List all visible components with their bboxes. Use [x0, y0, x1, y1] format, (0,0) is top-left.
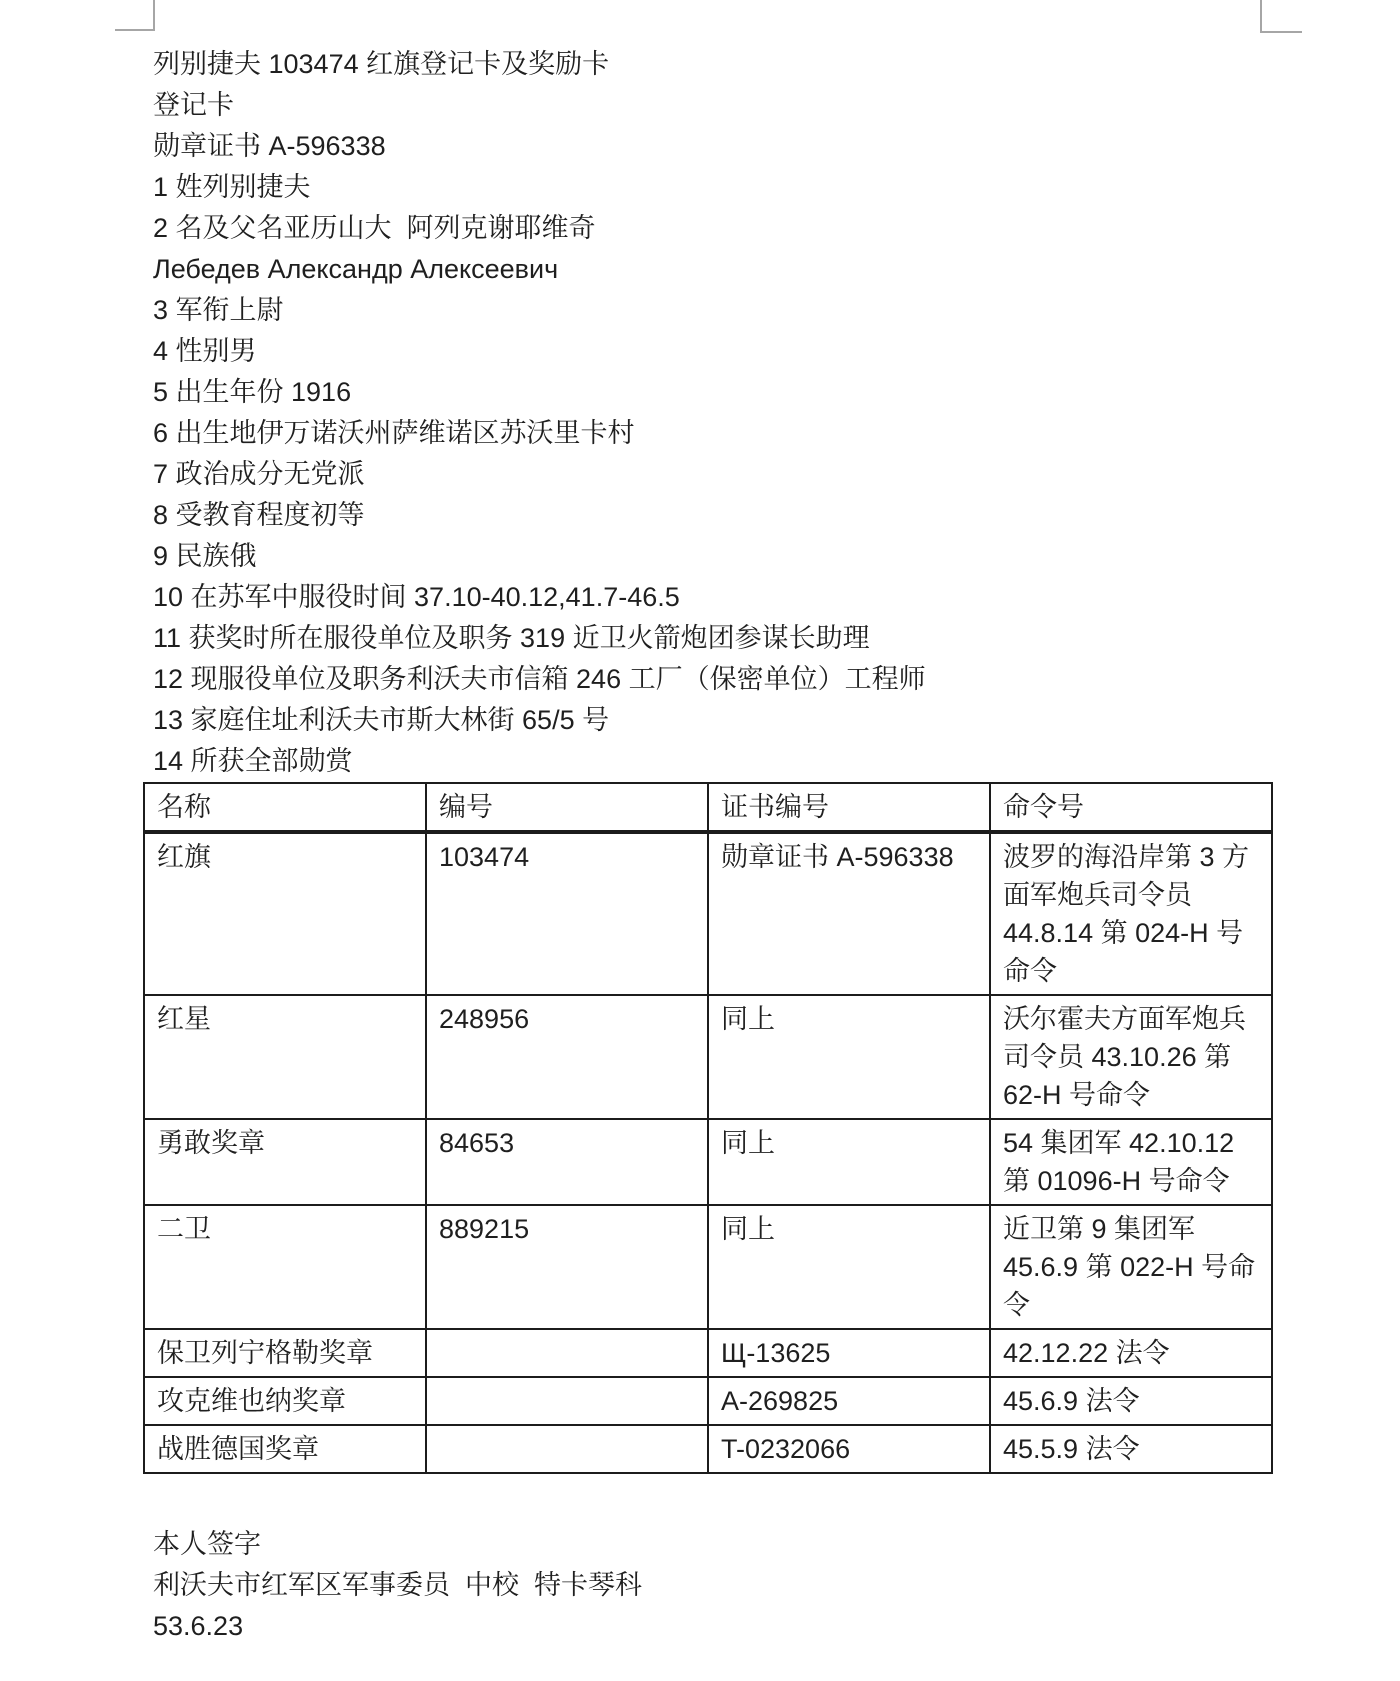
document-page: 列别捷夫 103474 红旗登记卡及奖励卡 登记卡 勋章证书 A-596338 …	[0, 0, 1400, 1681]
award-number-cell: 84653	[426, 1119, 708, 1205]
award-certificate-cell: 同上	[708, 995, 990, 1119]
award-order-cell: 54 集团军 42.10.12 第 01096-H 号命令	[990, 1119, 1272, 1205]
document-content: 列别捷夫 103474 红旗登记卡及奖励卡 登记卡 勋章证书 A-596338 …	[143, 44, 1273, 1647]
field-current-unit: 12 现服役单位及职务利沃夫市信箱 246 工厂（保密单位）工程师	[143, 659, 1273, 700]
field-service-period: 10 在苏军中服役时间 37.10-40.12,41.7-46.5	[143, 577, 1273, 618]
table-row-victory-over-germany: 战胜德国奖章 T-0232066 45.5.9 法令	[144, 1425, 1272, 1473]
awards-table: 名称 编号 证书编号 命令号 红旗 103474 勋章证书 A-596338 波…	[143, 782, 1273, 1474]
award-name-cell: 红旗	[144, 832, 426, 995]
field-given-name: 2 名及父名亚历山大 阿列克谢耶维奇	[143, 208, 1273, 249]
field-home-address: 13 家庭住址利沃夫市斯大林街 65/5 号	[143, 700, 1273, 741]
award-certificate-cell: 同上	[708, 1119, 990, 1205]
table-row-defense-of-leningrad: 保卫列宁格勒奖章 Щ-13625 42.12.22 法令	[144, 1329, 1272, 1377]
field-birth-place: 6 出生地伊万诺沃州萨维诺区苏沃里卡村	[143, 413, 1273, 454]
award-order-cell: 45.5.9 法令	[990, 1425, 1272, 1473]
field-gender: 4 性别男	[143, 331, 1273, 372]
award-name-cell: 红星	[144, 995, 426, 1119]
award-certificate-cell: T-0232066	[708, 1425, 990, 1473]
award-certificate-cell: 同上	[708, 1205, 990, 1329]
signature-label: 本人签字	[143, 1524, 1273, 1565]
table-row-second-guards: 二卫 889215 同上 近卫第 9 集团军 45.6.9 第 022-H 号命…	[144, 1205, 1272, 1329]
award-name-cell: 保卫列宁格勒奖章	[144, 1329, 426, 1377]
award-name-cell: 勇敢奖章	[144, 1119, 426, 1205]
award-order-cell: 42.12.22 法令	[990, 1329, 1272, 1377]
awards-table-header-row: 名称 编号 证书编号 命令号	[144, 783, 1272, 832]
signature-block: 本人签字 利沃夫市红军区军事委员 中校 特卡琴科 53.6.23	[143, 1524, 1273, 1647]
medal-certificate-line: 勋章证书 A-596338	[143, 126, 1273, 167]
award-name-cell: 二卫	[144, 1205, 426, 1329]
award-number-cell	[426, 1329, 708, 1377]
field-rank: 3 军衔上尉	[143, 290, 1273, 331]
date-line: 53.6.23	[143, 1606, 1273, 1647]
field-education: 8 受教育程度初等	[143, 495, 1273, 536]
column-header-name: 名称	[144, 783, 426, 832]
field-ethnicity: 9 民族俄	[143, 536, 1273, 577]
field-surname: 1 姓列别捷夫	[143, 167, 1273, 208]
award-order-cell: 近卫第 9 集团军 45.6.9 第 022-H 号命令	[990, 1205, 1272, 1329]
award-certificate-cell: 勋章证书 A-596338	[708, 832, 990, 995]
page-corner-mark-top-left	[115, 0, 155, 31]
name-russian-line: Лебедев Александр Алексеевич	[143, 249, 1273, 290]
award-number-cell: 889215	[426, 1205, 708, 1329]
award-order-cell: 沃尔霍夫方面军炮兵司令员 43.10.26 第 62-H 号命令	[990, 995, 1272, 1119]
field-political-status: 7 政治成分无党派	[143, 454, 1273, 495]
field-all-awards: 14 所获全部勋赏	[143, 741, 1273, 782]
table-row-medal-for-courage: 勇敢奖章 84653 同上 54 集团军 42.10.12 第 01096-H …	[144, 1119, 1272, 1205]
column-header-certificate-number: 证书编号	[708, 783, 990, 832]
award-number-cell	[426, 1377, 708, 1425]
column-header-number: 编号	[426, 783, 708, 832]
award-order-cell: 45.6.9 法令	[990, 1377, 1272, 1425]
award-name-cell: 战胜德国奖章	[144, 1425, 426, 1473]
field-unit-at-award: 11 获奖时所在服役单位及职务 319 近卫火箭炮团参谋长助理	[143, 618, 1273, 659]
table-row-red-star: 红星 248956 同上 沃尔霍夫方面军炮兵司令员 43.10.26 第 62-…	[144, 995, 1272, 1119]
award-number-cell: 248956	[426, 995, 708, 1119]
title-line: 列别捷夫 103474 红旗登记卡及奖励卡	[143, 44, 1273, 85]
award-order-cell: 波罗的海沿岸第 3 方面军炮兵司令员 44.8.14 第 024-H 号命令	[990, 832, 1272, 995]
award-certificate-cell: A-269825	[708, 1377, 990, 1425]
card-type-line: 登记卡	[143, 85, 1273, 126]
column-header-order-number: 命令号	[990, 783, 1272, 832]
table-row-red-banner: 红旗 103474 勋章证书 A-596338 波罗的海沿岸第 3 方面军炮兵司…	[144, 832, 1272, 995]
award-number-cell	[426, 1425, 708, 1473]
award-name-cell: 攻克维也纳奖章	[144, 1377, 426, 1425]
commissar-line: 利沃夫市红军区军事委员 中校 特卡琴科	[143, 1565, 1273, 1606]
page-corner-mark-top-right	[1260, 0, 1302, 33]
award-certificate-cell: Щ-13625	[708, 1329, 990, 1377]
table-row-capture-of-vienna: 攻克维也纳奖章 A-269825 45.6.9 法令	[144, 1377, 1272, 1425]
award-number-cell: 103474	[426, 832, 708, 995]
field-birth-year: 5 出生年份 1916	[143, 372, 1273, 413]
